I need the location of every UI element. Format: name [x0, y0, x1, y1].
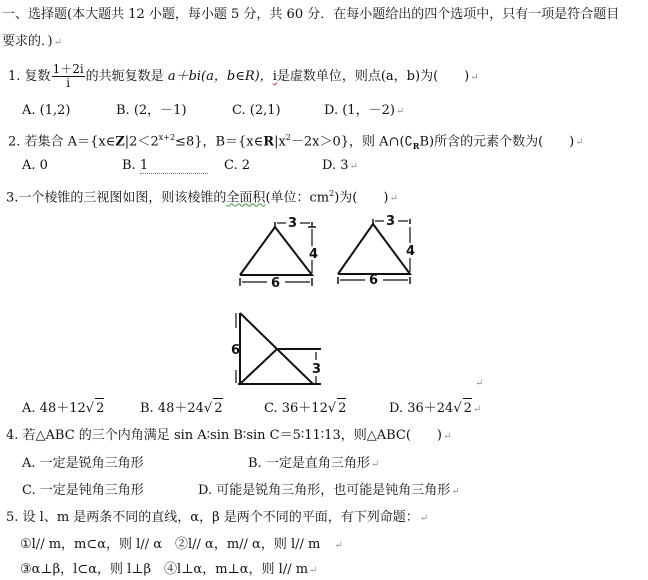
- top-view: [236, 313, 321, 384]
- option-text: 可能是锐角三角形，也可能是钝角三角形: [216, 483, 450, 498]
- option-text: 2: [242, 158, 250, 173]
- q1-option-b[interactable]: B. (2，－1): [116, 101, 187, 121]
- option-label: A.: [22, 158, 36, 173]
- propositions-line-1: ①l// m，m⊂α，则 l// α ②l// α，m// α，则 l// m …: [20, 535, 343, 556]
- stem-text: 若△ABC 的三个内角满足 sin A∶sin B∶sin C＝5∶11∶13，…: [23, 428, 442, 443]
- return-mark-icon: ↵: [396, 106, 404, 117]
- return-mark-icon: ↵: [54, 37, 62, 48]
- question-5-stem: 5. 设 l、m 是两条不同的直线，α，β 是两个不同的平面，有下列命题：↵: [6, 508, 428, 529]
- fraction-denominator: i: [52, 77, 85, 90]
- top-height: 6: [231, 343, 240, 358]
- return-mark-icon: ↵: [350, 161, 358, 172]
- question-number: 3.: [6, 190, 18, 205]
- option-text: (1,2): [40, 103, 71, 118]
- option-label: D.: [324, 103, 338, 118]
- question-2-stem: 2. 若集合 A＝{x∈Z|2＜2x+2≤8}，B＝{x∈R|x2－2x＞0}，…: [8, 128, 584, 156]
- top-right-height: 3: [312, 362, 321, 377]
- q2-option-c[interactable]: C. 2: [224, 156, 250, 176]
- fraction: 1＋2ii: [52, 63, 85, 90]
- option-label: B.: [122, 158, 136, 173]
- stem-part: |x: [274, 134, 286, 149]
- radicand: 2: [337, 398, 346, 419]
- stem-part: 一个棱锥的三视图如图，则该棱锥的: [18, 190, 226, 205]
- option-text: (2，－1): [134, 103, 187, 118]
- q3-option-c[interactable]: C. 36＋12√2: [264, 398, 346, 419]
- question-number: 5.: [6, 510, 18, 525]
- stem-prefix: 复数: [25, 69, 51, 84]
- option-text: 1: [140, 158, 208, 174]
- side-base: 6: [369, 273, 378, 288]
- front-height: 4: [309, 247, 318, 262]
- option-label: C.: [264, 401, 278, 416]
- return-mark-icon: ↵: [309, 565, 317, 576]
- proposition-text: ③α⊥β，l⊂α，则 l⊥β ④l⊥α，m⊥α，则 l// m: [20, 562, 308, 577]
- return-mark-icon: ↵: [473, 404, 481, 415]
- question-4-stem: 4. 若△ABC 的三个内角满足 sin A∶sin B∶sin C＝5∶11∶…: [6, 426, 451, 447]
- option-label: A.: [22, 103, 36, 118]
- option-label: C.: [22, 483, 36, 498]
- section-header-line2: 要求的．)↵: [2, 32, 62, 53]
- radicand: 2: [213, 398, 222, 419]
- return-mark-icon: ↵: [475, 378, 483, 389]
- return-mark-icon: ↵: [334, 540, 342, 551]
- q4-option-a[interactable]: A. 一定是锐角三角形: [22, 454, 144, 474]
- option-text: 48＋24: [158, 401, 204, 416]
- fraction-numerator: 1＋2i: [52, 63, 85, 77]
- return-mark-icon: ↵: [389, 193, 397, 204]
- q2-option-d[interactable]: D. 3↵: [322, 156, 358, 177]
- return-mark-icon: ↵: [575, 137, 583, 148]
- exponent: x+2: [159, 133, 175, 142]
- stem-part: ≤8}，B＝{x∈: [175, 134, 263, 149]
- stem-underlined: 全面积: [226, 190, 265, 205]
- propositions-line-2: ③α⊥β，l⊂α，则 l⊥β ④l⊥α，m⊥α，则 l// m↵: [20, 560, 317, 580]
- q1-option-a[interactable]: A. (1,2): [22, 101, 71, 121]
- side-height: 4: [406, 244, 415, 259]
- q3-option-d[interactable]: D. 36＋24√2↵: [389, 398, 481, 420]
- set-r: R: [263, 134, 274, 149]
- q2-option-a[interactable]: A. 0: [22, 156, 48, 176]
- stem-part: 若集合 A＝{x∈: [25, 134, 116, 149]
- question-number: 2.: [8, 134, 20, 149]
- question-3-stem: 3.一个棱锥的三视图如图，则该棱锥的全面积(单位：cm2)为( )↵: [6, 184, 398, 209]
- return-mark-icon: ↵: [470, 72, 478, 83]
- option-text: (1，－2): [342, 103, 395, 118]
- q2-option-b[interactable]: B. 1: [122, 156, 208, 176]
- option-text: 一定是直角三角形: [266, 456, 370, 471]
- q4-option-b[interactable]: B. 一定是直角三角形↵: [248, 454, 379, 475]
- return-mark-icon: ↵: [371, 459, 379, 470]
- option-text: 36＋24: [407, 401, 453, 416]
- option-label: B.: [116, 103, 130, 118]
- stem-middle: 的共轭复数是: [86, 69, 164, 84]
- q3-option-b[interactable]: B. 48＋24√2: [140, 398, 223, 419]
- stem-part: |2＜2: [125, 134, 159, 149]
- proposition-text: ①l// m，m⊂α，则 l// α ②l// α，m// α，则 l// m: [20, 537, 320, 552]
- option-label: D.: [389, 401, 403, 416]
- option-text: 3: [340, 158, 348, 173]
- option-text: 36＋12: [282, 401, 328, 416]
- option-label: C.: [224, 158, 238, 173]
- option-text: 0: [40, 158, 48, 173]
- front-base: 6: [271, 276, 280, 291]
- option-label: B.: [140, 401, 154, 416]
- option-text: 48＋12: [40, 401, 86, 416]
- radicand: 2: [463, 398, 472, 419]
- radicand: 2: [95, 398, 104, 419]
- stem-part: B)所含的元素个数为( ): [419, 134, 574, 149]
- side-top-width: 3: [386, 214, 395, 229]
- set-z: Z: [115, 134, 125, 149]
- option-label: B.: [248, 456, 262, 471]
- section-header-line1: 一、选择题(本大题共 12 小题，每小题 5 分，共 60 分．在每小题给出的四…: [2, 5, 619, 25]
- q3-option-a[interactable]: A. 48＋12√2: [22, 398, 104, 419]
- return-mark-icon: ↵: [451, 486, 459, 497]
- header-text: 要求的．): [2, 34, 53, 49]
- option-label: A.: [22, 401, 36, 416]
- return-mark-icon: ↵: [420, 513, 428, 524]
- question-number: 1.: [8, 69, 20, 84]
- option-text: (2,1): [250, 103, 281, 118]
- expression: a＋bi(a，b∈R)，: [168, 69, 273, 84]
- option-label: A.: [22, 456, 36, 471]
- q1-option-c[interactable]: C. (2,1): [232, 101, 281, 121]
- front-top-width: 3: [288, 216, 297, 231]
- question-1-stem: 1. 复数1＋2ii的共轭复数是 a＋bi(a，b∈R)，i是虚数单位，则点(a…: [8, 63, 479, 90]
- stem-text: 设 l、m 是两条不同的直线，α，β 是两个不同的平面，有下列命题：: [23, 510, 419, 525]
- stem-part: )为( ): [334, 190, 388, 205]
- option-text: 一定是钝角三角形: [40, 483, 144, 498]
- q4-option-c[interactable]: C. 一定是钝角三角形: [22, 481, 144, 501]
- q1-option-d[interactable]: D. (1，－2)↵: [324, 101, 404, 122]
- q4-option-d[interactable]: D. 可能是锐角三角形，也可能是钝角三角形↵: [198, 481, 460, 502]
- option-text: 一定是锐角三角形: [40, 456, 144, 471]
- option-label: D.: [198, 483, 212, 498]
- question-number: 4.: [6, 428, 18, 443]
- three-view-figure: 3 4 6 3 4 6 6 3: [225, 210, 495, 395]
- option-label: D.: [322, 158, 336, 173]
- stem-part: (单位：cm: [265, 190, 329, 205]
- stem-suffix: 是虚数单位，则点(a，b)为( ): [277, 69, 469, 84]
- return-mark-icon: ↵: [443, 431, 451, 442]
- option-label: C.: [232, 103, 246, 118]
- stem-part: －2x＞0}，则 A∩(∁: [291, 134, 413, 149]
